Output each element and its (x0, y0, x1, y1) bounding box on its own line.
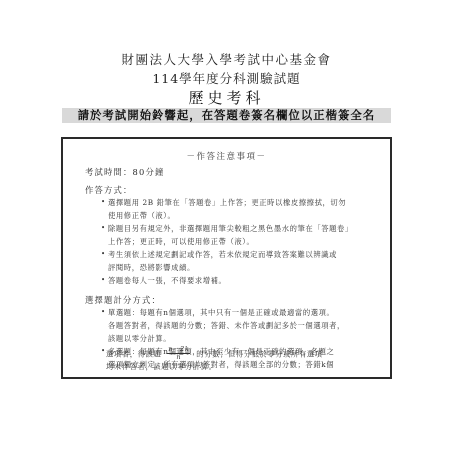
answer-method-label: 作答方式： (85, 184, 133, 196)
signature-instruction-banner: 請於考試開始鈴響起，在答題卷簽名欄位以正楷簽全名 (62, 108, 391, 123)
bullet-icon: • (101, 224, 105, 232)
subject-title: 歷史考科 (0, 87, 453, 108)
scoring-multi-line-4: 均未作答者，該題以零分計算。 (106, 362, 217, 372)
bullet-icon: • (101, 347, 105, 355)
scoring-single-line-1: 單選題：每題有n個選項，其中只有一個是正確或最適當的選項。 (108, 308, 334, 318)
scoring-label: 選擇題計分方式： (85, 294, 161, 306)
fraction-denominator: n (167, 354, 190, 361)
scoring-multi-line-3-prefix: 選項者，得該題 (106, 350, 161, 359)
exam-time: 考試時間：80分鐘 (85, 166, 164, 178)
score-fraction: n－2k n (167, 346, 190, 361)
bullet-icon: • (101, 198, 105, 206)
scoring-multi-line-3: 選項者，得該題 n－2k n 的分數；但得分低於零分或所有選項 (106, 347, 323, 362)
instructions-title: －作答注意事項－ (63, 150, 390, 162)
answer-method-item-1-line-1: 選擇題用 2B 鉛筆在「答題卷」上作答；更正時以橡皮擦擦拭，切勿 (108, 198, 346, 208)
answer-method-item-4-line-1: 答題卷每人一張，不得要求增補。 (108, 276, 226, 286)
answering-instructions-box: －作答注意事項－ 考試時間：80分鐘 作答方式： • 選擇題用 2B 鉛筆在「答… (61, 137, 392, 379)
bullet-icon: • (101, 276, 105, 284)
bullet-icon: • (101, 250, 105, 258)
exam-title: 114學年度分科測驗試題 (0, 69, 453, 87)
answer-method-item-3-line-2: 評閱時，恐將影響成績。 (108, 263, 195, 273)
answer-method-item-1-line-2: 使用修正帶（液）。 (108, 211, 175, 221)
answer-method-item-3-line-1: 考生須依上述規定劃記或作答，若未依規定而導致答案難以辨識或 (108, 250, 337, 260)
bullet-icon: • (101, 308, 105, 316)
scoring-multi-line-3-suffix: 的分數；但得分低於零分或所有選項 (196, 350, 322, 359)
answer-method-item-2-line-2: 上作答；更正時，可以使用修正帶（液）。 (108, 237, 254, 247)
scoring-single-line-3: 該題以零分計算。 (108, 334, 171, 344)
answer-method-item-2-line-1: 除題目另有規定外，非選擇題用筆尖較粗之黑色墨水的筆在「答題卷」 (108, 224, 353, 234)
organization-name: 財團法人大學入學考試中心基金會 (0, 50, 453, 68)
scoring-single-line-2: 各題答對者，得該題的分數；答錯、未作答或劃記多於一個選項者， (108, 321, 345, 331)
